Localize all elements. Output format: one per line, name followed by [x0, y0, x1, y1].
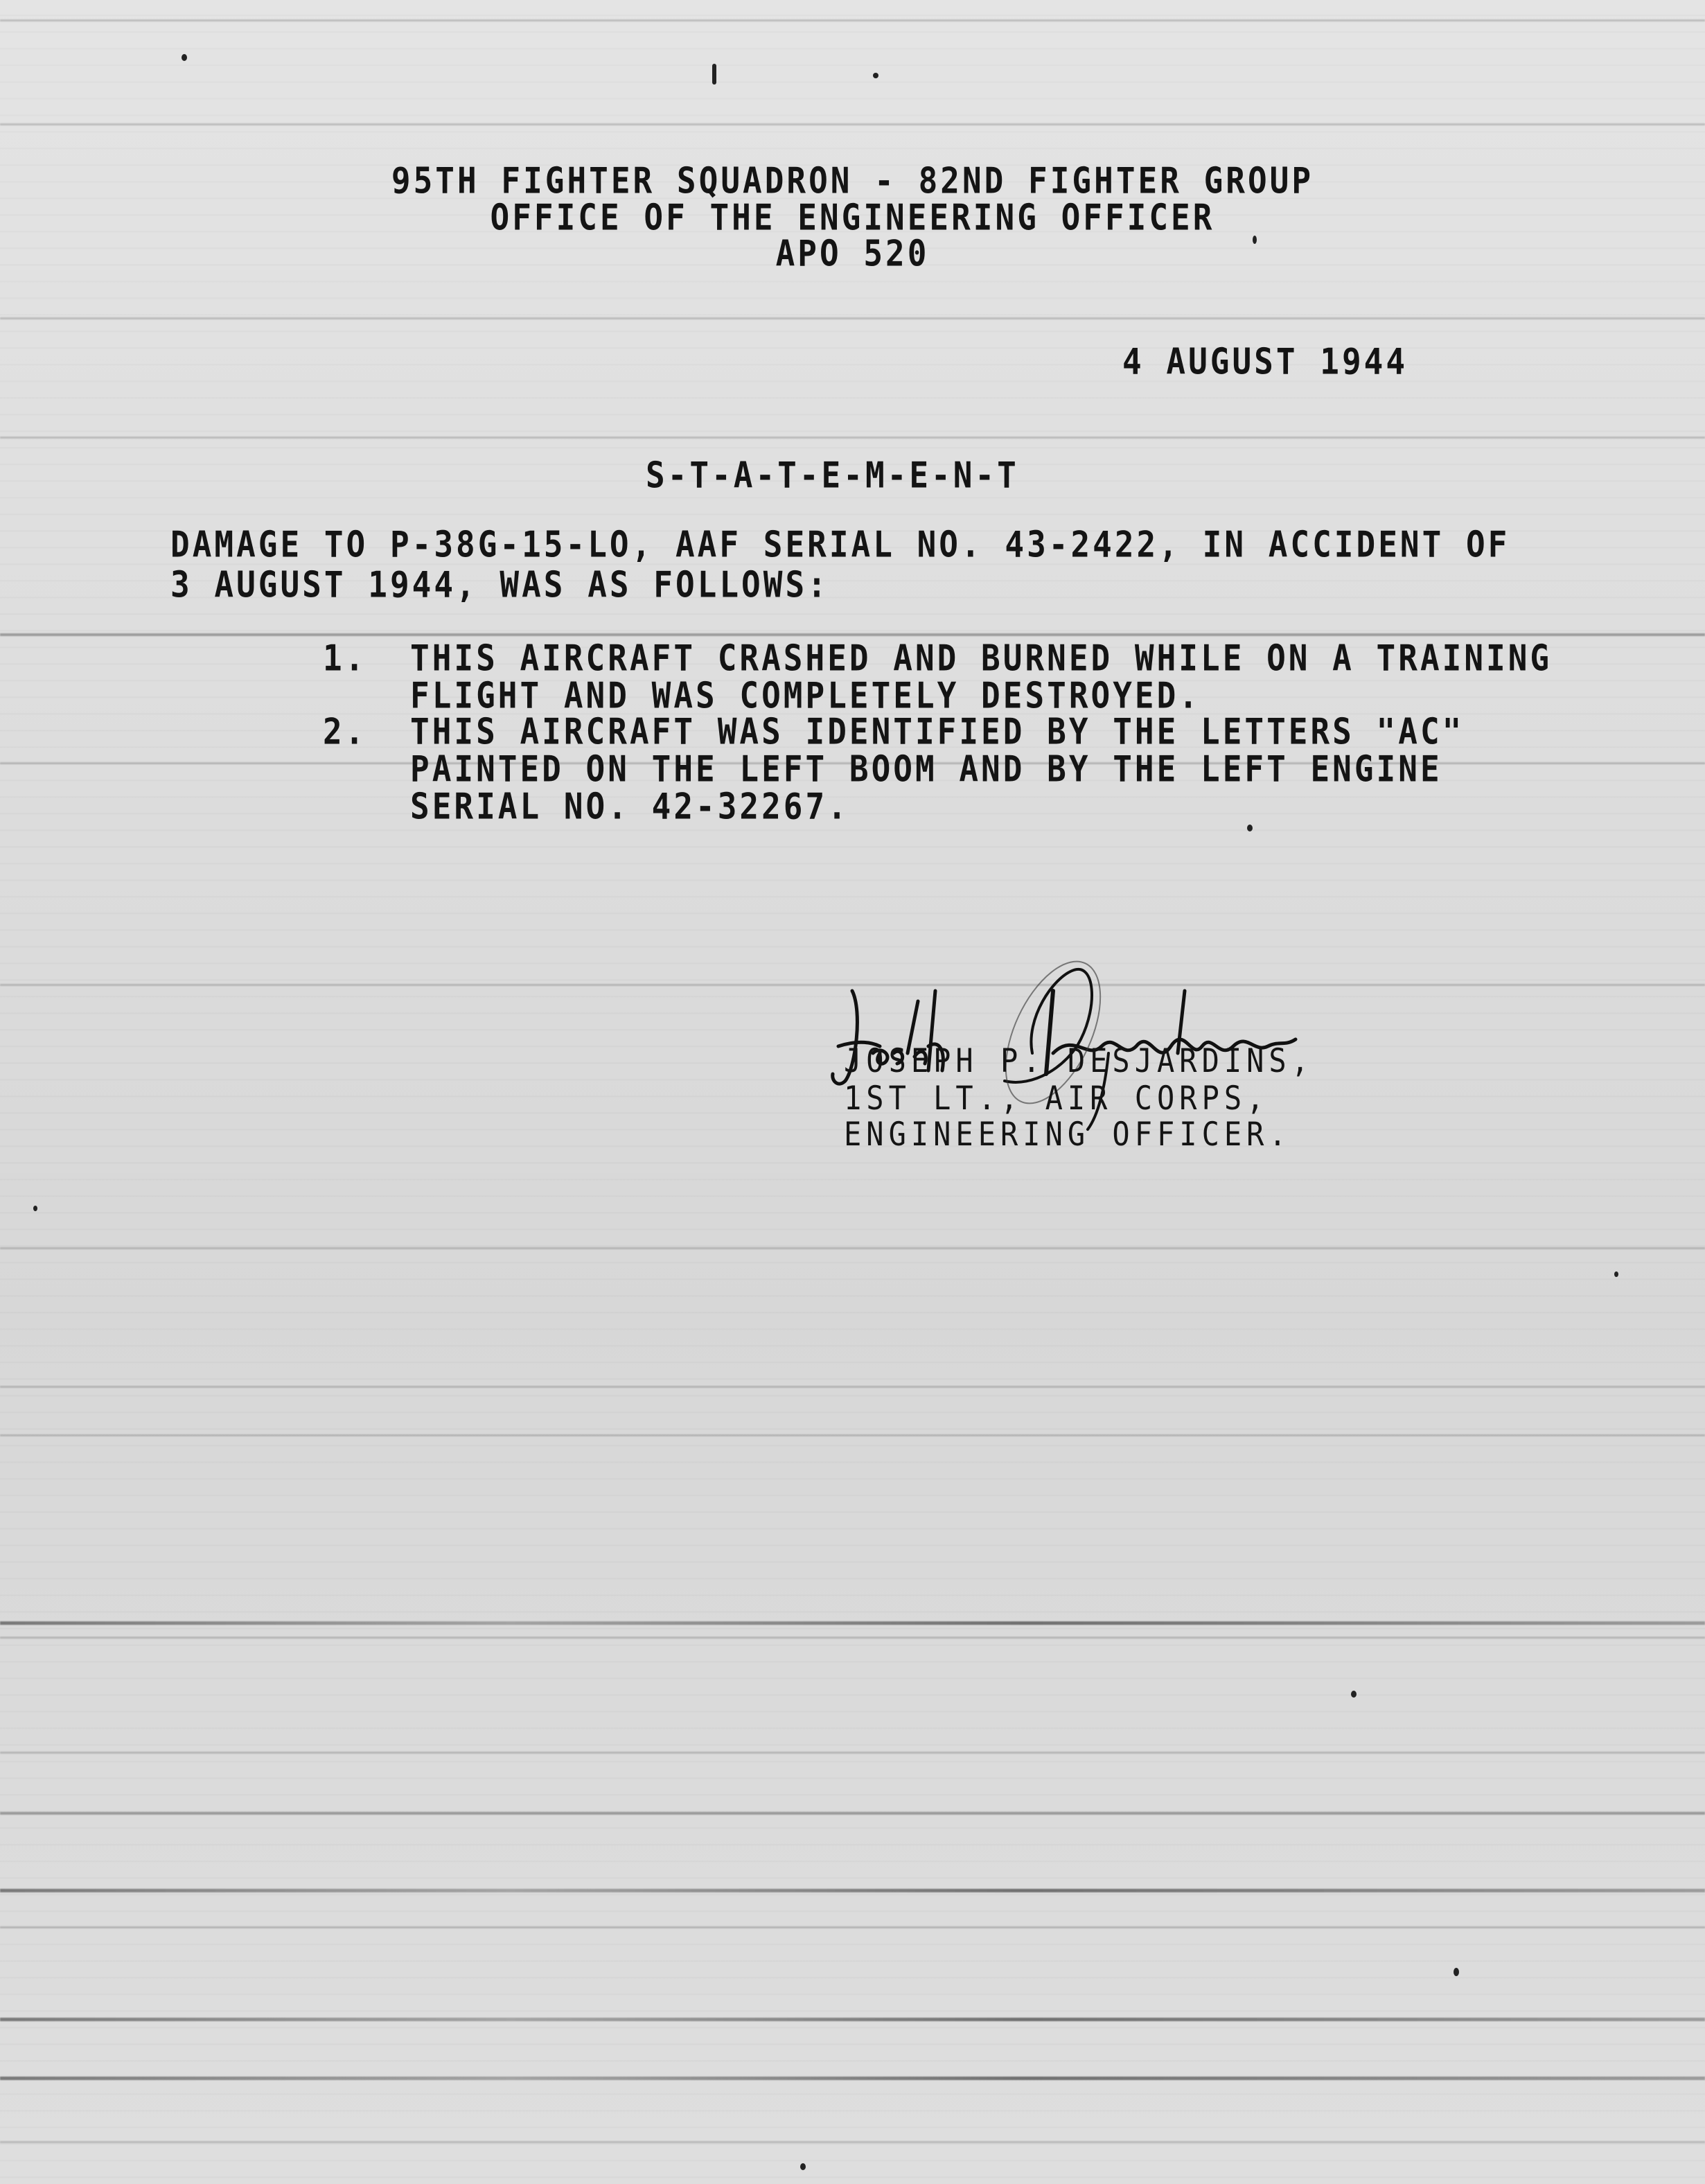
item-2-line-3: SERIAL NO. 42-32267.	[410, 789, 849, 825]
scan-streak	[0, 2018, 1705, 2021]
dust-speck	[873, 73, 878, 78]
item-1-line-1: THIS AIRCRAFT CRASHED AND BURNED WHILE O…	[410, 640, 1552, 676]
scan-streak	[0, 1752, 1705, 1754]
scan-streak	[0, 123, 1705, 125]
item-2-line-1: THIS AIRCRAFT WAS IDENTIFIED BY THE LETT…	[410, 714, 1464, 750]
dust-speck	[1351, 1691, 1357, 1698]
item-1-number: 1.	[323, 640, 366, 676]
scan-streak	[0, 633, 1705, 636]
dust-speck	[33, 1206, 37, 1211]
letterhead-office: OFFICE OF THE ENGINEERING OFFICER	[0, 200, 1705, 236]
scan-streak	[0, 1637, 1705, 1639]
document-title: S-T-A-T-E-M-E-N-T	[646, 457, 1019, 493]
dust-speck	[800, 2163, 806, 2170]
signatory-title: ENGINEERING OFFICER.	[844, 1118, 1291, 1151]
item-2-line-2: PAINTED ON THE LEFT BOOM AND BY THE LEFT…	[410, 751, 1442, 787]
intro-line-2: 3 AUGUST 1944, WAS AS FOLLOWS:	[170, 567, 829, 603]
dust-speck	[182, 54, 187, 61]
intro-line-1: DAMAGE TO P-38G-15-LO, AAF SERIAL NO. 43…	[170, 527, 1510, 563]
item-1-line-2: FLIGHT AND WAS COMPLETELY DESTROYED.	[410, 678, 1201, 714]
scan-streak	[0, 1889, 1705, 1892]
scan-streak	[0, 1247, 1705, 1249]
document-date: 4 AUGUST 1944	[1122, 344, 1408, 380]
scan-streak	[0, 2077, 1705, 2080]
scan-streak	[0, 437, 1705, 439]
scan-streak	[0, 1926, 1705, 1928]
scan-streak	[0, 2141, 1705, 2143]
letterhead-unit: 95TH FIGHTER SQUADRON - 82ND FIGHTER GRO…	[0, 163, 1705, 199]
signatory-name: JOSEPH P. DESJARDINS,	[844, 1045, 1314, 1077]
scan-streak	[0, 1434, 1705, 1436]
dust-speck	[1247, 825, 1253, 831]
scan-streak	[0, 1386, 1705, 1388]
dust-speck	[712, 64, 716, 85]
scan-streak	[0, 1812, 1705, 1815]
dust-speck	[1454, 1968, 1459, 1976]
letterhead-apo: APO 520	[0, 236, 1705, 272]
dust-speck	[1614, 1271, 1618, 1277]
scan-streak	[0, 19, 1705, 21]
item-2-number: 2.	[323, 714, 366, 750]
scan-streak	[0, 1621, 1705, 1625]
signatory-rank: 1ST LT., AIR CORPS,	[844, 1082, 1269, 1115]
scan-streak	[0, 317, 1705, 319]
